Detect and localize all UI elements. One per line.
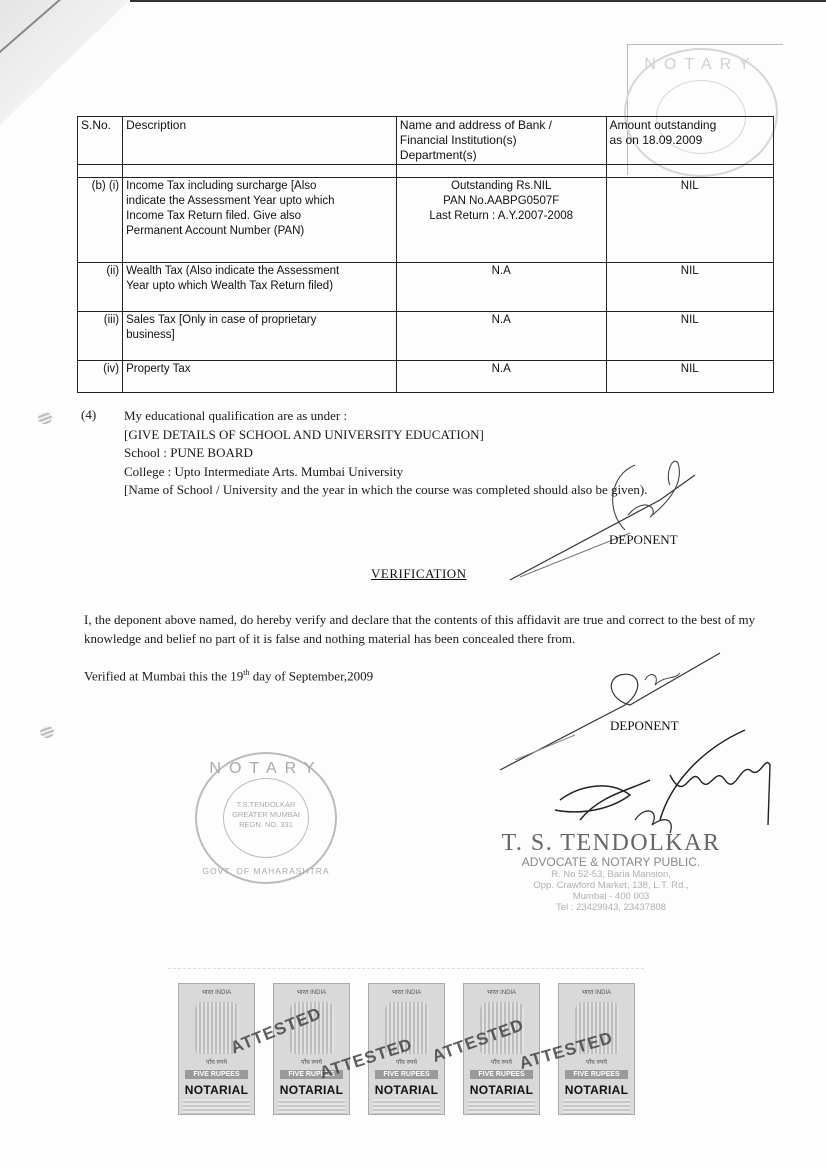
row-bank: N.A (396, 312, 606, 361)
stamp-footer-pattern (183, 1099, 250, 1115)
notary-address-line: Tel : 23429943, 23437808 (486, 902, 736, 913)
deponent-label: DEPONENT (609, 532, 678, 548)
bank-line: Outstanding Rs.NIL (400, 179, 603, 194)
punch-hole-mark (38, 412, 52, 424)
table-header-row: S.No. Description Name and address of Ba… (78, 117, 774, 165)
table-row: (iii) Sales Tax [Only in case of proprie… (78, 312, 774, 361)
header-amount-line: Amount outstanding (610, 118, 771, 133)
header-sno: S.No. (78, 117, 123, 165)
table-spacer-row (78, 165, 774, 178)
row-description: Wealth Tax (Also indicate the Assessment… (123, 263, 397, 312)
stamp-footer-pattern (278, 1099, 345, 1115)
bank-line: Last Return : A.Y.2007-2008 (400, 209, 603, 224)
header-bank-line: Financial Institution(s) (400, 133, 603, 148)
stamp-label: NOTARIAL (559, 1083, 634, 1097)
row-sno: (iii) (78, 312, 123, 361)
row-sno: (ii) (78, 263, 123, 312)
desc-line: Income Tax including surcharge [Also (126, 179, 393, 194)
row-bank: Outstanding Rs.NIL PAN No.AABPG0507F Las… (396, 178, 606, 263)
row-sno: (iv) (78, 361, 123, 393)
desc-line: indicate the Assessment Year upto which (126, 194, 393, 209)
stamp-header: भारत INDIA (559, 988, 634, 996)
row-amount: NIL (606, 263, 774, 312)
stamp-footer-pattern (468, 1099, 535, 1115)
header-amount: Amount outstanding as on 18.09.2009 (606, 117, 774, 165)
notary-rubber-stamp: T. S. TENDOLKAR ADVOCATE & NOTARY PUBLIC… (486, 830, 736, 913)
desc-line: Permanent Account Number (PAN) (126, 224, 393, 239)
header-description: Description (123, 117, 397, 165)
stamp-hindi-value: पाँच रुपये (179, 1058, 254, 1066)
empty-cell (78, 165, 123, 178)
seal-middle-text: T.S.TENDOLKAR GREATER MUMBAI REGN. NO. 3… (197, 800, 335, 830)
stamp-value: FIVE RUPEES (375, 1070, 438, 1079)
seal-bottom-text: GOVT. OF MAHARASHTRA (197, 866, 335, 876)
punch-hole-mark (40, 726, 54, 738)
row-amount: NIL (606, 361, 774, 393)
verification-heading: VERIFICATION (371, 566, 467, 582)
deponent-signature (500, 455, 700, 585)
seal-line: GREATER MUMBAI (197, 810, 335, 820)
stamp-footer-pattern (563, 1099, 630, 1115)
page-top-edge (130, 0, 826, 2)
notary-address-line: Mumbai - 400 003 (486, 891, 736, 902)
liabilities-table: S.No. Description Name and address of Ba… (77, 116, 774, 393)
stamp-value: FIVE RUPEES (185, 1070, 248, 1079)
table-row: (iv) Property Tax N.A NIL (78, 361, 774, 393)
row-description: Sales Tax [Only in case of proprietary b… (123, 312, 397, 361)
verification-paragraph: I, the deponent above named, do hereby v… (84, 610, 774, 648)
desc-line: Wealth Tax (Also indicate the Assessment (126, 264, 393, 279)
stamp-header: भारत INDIA (464, 988, 539, 996)
stamp-header: भारत INDIA (179, 988, 254, 996)
stamp-label: NOTARIAL (369, 1083, 444, 1097)
education-line: [GIVE DETAILS OF SCHOOL AND UNIVERSITY E… (124, 426, 647, 445)
bank-line: PAN No.AABPG0507F (400, 194, 603, 209)
desc-line: Income Tax Return filed. Give also (126, 209, 393, 224)
stamp-header: भारत INDIA (274, 988, 349, 996)
header-amount-line: as on 18.09.2009 (610, 133, 771, 148)
place-text: Verified at Mumbai this the 19 (84, 668, 243, 683)
notarial-stamp-strip: भारत INDIA पाँच रुपये FIVE RUPEES NOTARI… (168, 968, 644, 1119)
stamp-header: भारत INDIA (369, 988, 444, 996)
row-description: Income Tax including surcharge [Also ind… (123, 178, 397, 263)
item-number: (4) (81, 407, 96, 423)
empty-cell (606, 165, 774, 178)
date-text: day of September,2009 (249, 668, 373, 683)
desc-line: business] (126, 328, 393, 343)
seal-top-text: NOTARY (626, 56, 776, 74)
verification-place-date: Verified at Mumbai this the 19th day of … (84, 668, 373, 684)
row-bank: N.A (396, 263, 606, 312)
stamp-footer-pattern (373, 1099, 440, 1115)
row-description: Property Tax (123, 361, 397, 393)
row-bank: N.A (396, 361, 606, 393)
header-bank-line: Department(s) (400, 148, 603, 163)
table-row: (ii) Wealth Tax (Also indicate the Asses… (78, 263, 774, 312)
stamp-label: NOTARIAL (464, 1083, 539, 1097)
desc-line: Year upto which Wealth Tax Return filed) (126, 279, 393, 294)
header-bank-line: Name and address of Bank / (400, 118, 603, 133)
notary-signature (540, 725, 790, 840)
notary-address-line: Opp. Crawford Market, 138, L.T. Rd., (486, 880, 736, 891)
stamp-value: FIVE RUPEES (565, 1070, 628, 1079)
notarial-stamp: भारत INDIA पाँच रुपये FIVE RUPEES NOTARI… (273, 983, 350, 1115)
seal-line: REGN. NO. 331 (197, 820, 335, 830)
stamp-label: NOTARIAL (179, 1083, 254, 1097)
stamp-label: NOTARIAL (274, 1083, 349, 1097)
notary-title: ADVOCATE & NOTARY PUBLIC. (486, 856, 736, 869)
row-amount: NIL (606, 178, 774, 263)
seal-line: T.S.TENDOLKAR (197, 800, 335, 810)
seal-top-text: NOTARY (197, 760, 335, 778)
row-amount: NIL (606, 312, 774, 361)
desc-line: Sales Tax [Only in case of proprietary (126, 313, 393, 328)
page-corner-fold (0, 0, 130, 125)
empty-cell (396, 165, 606, 178)
education-line: My educational qualification are as unde… (124, 407, 647, 426)
notary-name: T. S. TENDOLKAR (486, 830, 736, 856)
header-bank: Name and address of Bank / Financial Ins… (396, 117, 606, 165)
notary-address-line: R. No 52-53, Baria Mansion, (486, 869, 736, 880)
notary-round-seal: NOTARY T.S.TENDOLKAR GREATER MUMBAI REGN… (195, 752, 337, 884)
row-sno: (b) (i) (78, 178, 123, 263)
empty-cell (123, 165, 397, 178)
table-row: (b) (i) Income Tax including surcharge [… (78, 178, 774, 263)
